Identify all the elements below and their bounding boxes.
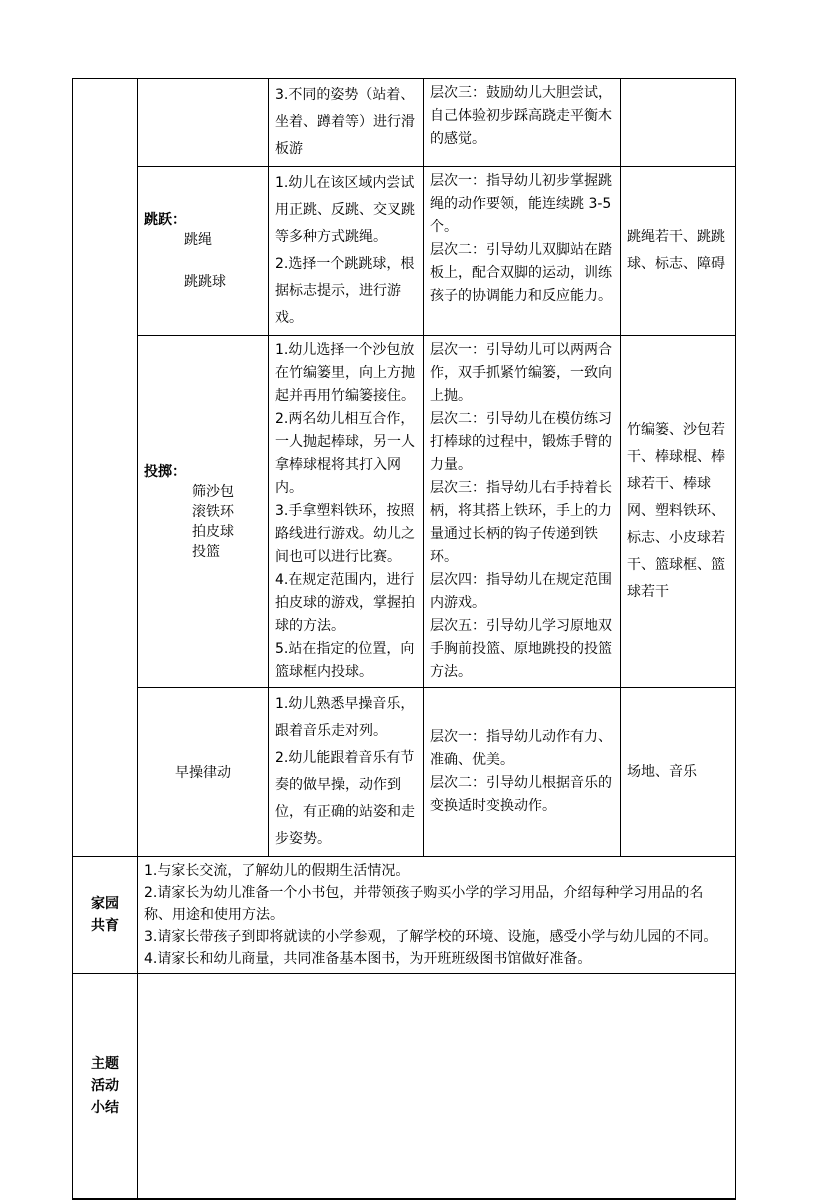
cell-slide-levels: 层次三：鼓励幼儿大胆尝试，自己体验初步踩高跷走平衡木的感觉。 — [424, 79, 621, 167]
jump-levels-text: 层次一：指导幼儿初步掌握跳绳的动作要领，能连续跳 3-5 个。 层次二：引导幼儿… — [430, 170, 614, 308]
cell-home-school-content: 1.与家长交流，了解幼儿的假期生活情况。 2.请家长为幼儿准备一个小书包，并带领… — [138, 857, 736, 974]
cell-summary-content-empty — [138, 974, 736, 1199]
cell-slide-materials-empty — [621, 79, 736, 167]
cell-jump-levels: 层次一：指导幼儿初步掌握跳绳的动作要领，能连续跳 3-5 个。 层次二：引导幼儿… — [424, 167, 621, 336]
cell-throw-description: 1.幼儿选择一个沙包放在竹编篓里，向上方抛起并再用竹编篓接住。 2.两名幼儿相互… — [269, 336, 424, 688]
cell-summary-label: 主题 活动 小结 — [73, 974, 138, 1199]
cell-throw-category: 投掷： 筛沙包 滚铁环 拍皮球 投篮 — [138, 336, 269, 688]
jump-item-ball: 跳跳球 — [184, 272, 262, 292]
slide-description-text: 3.不同的姿势（站着、坐着、蹲着等）进行滑板游 — [275, 82, 417, 163]
cell-throw-materials: 竹编篓、沙包若干、棒球棍、棒球若干、棒球网、塑料铁环、标志、小皮球若干、篮球框、… — [621, 336, 736, 688]
cell-slide-activity-empty — [138, 79, 269, 167]
cell-morning-exercise-description: 1.幼儿熟悉早操音乐，跟着音乐走对列。 2.幼儿能跟着音乐有节奏的做早操，动作到… — [269, 688, 424, 857]
jump-materials-text: 跳绳若干、跳跳球、标志、障碍 — [627, 224, 729, 278]
cell-jump-materials: 跳绳若干、跳跳球、标志、障碍 — [621, 167, 736, 336]
morning-exercise-description-text: 1.幼儿熟悉早操音乐，跟着音乐走对列。 2.幼儿能跟着音乐有节奏的做早操，动作到… — [275, 691, 417, 853]
throw-description-text: 1.幼儿选择一个沙包放在竹编篓里，向上方抛起并再用竹编篓接住。 2.两名幼儿相互… — [275, 339, 417, 684]
slide-levels-text: 层次三：鼓励幼儿大胆尝试，自己体验初步踩高跷走平衡木的感觉。 — [430, 82, 614, 151]
cell-morning-exercise-levels: 层次一：指导幼儿动作有力、准确、优美。 层次二：引导幼儿根据音乐的变换适时变换动… — [424, 688, 621, 857]
table-row-morning-exercise: 早操律动 1.幼儿熟悉早操音乐，跟着音乐走对列。 2.幼儿能跟着音乐有节奏的做早… — [73, 688, 736, 857]
table-row-throw: 投掷： 筛沙包 滚铁环 拍皮球 投篮 1.幼儿选择一个沙包放在竹编篓里，向上方抛… — [73, 336, 736, 688]
morning-exercise-levels-text: 层次一：指导幼儿动作有力、准确、优美。 层次二：引导幼儿根据音乐的变换适时变换动… — [430, 726, 614, 818]
table-row-slide: 3.不同的姿势（站着、坐着、蹲着等）进行滑板游 层次三：鼓励幼儿大胆尝试，自己体… — [73, 79, 736, 167]
cell-throw-levels: 层次一：引导幼儿可以两两合作，双手抓紧竹编篓，一致向上抛。 层次二：引导幼儿在模… — [424, 336, 621, 688]
summary-label: 主题 活动 小结 — [79, 1053, 131, 1119]
cell-slide-description: 3.不同的姿势（站着、坐着、蹲着等）进行滑板游 — [269, 79, 424, 167]
cell-morning-exercise-materials: 场地、音乐 — [621, 688, 736, 857]
table-row-summary: 主题 活动 小结 — [73, 974, 736, 1199]
cell-home-school-label: 家园 共育 — [73, 857, 138, 974]
throw-category-label: 投掷： — [144, 462, 262, 482]
cell-jump-description: 1.幼儿在该区域内尝试用正跳、反跳、交叉跳等多种方式跳绳。 2.选择一个跳跳球，… — [269, 167, 424, 336]
jump-item-rope: 跳绳 — [184, 230, 262, 250]
activity-plan-table: 3.不同的姿势（站着、坐着、蹲着等）进行滑板游 层次三：鼓励幼儿大胆尝试，自己体… — [72, 78, 736, 1200]
morning-exercise-label: 早操律动 — [144, 762, 262, 782]
home-school-label: 家园 共育 — [79, 893, 131, 937]
cell-morning-exercise-category: 早操律动 — [138, 688, 269, 857]
morning-exercise-materials-text: 场地、音乐 — [627, 759, 729, 786]
home-school-content-text: 1.与家长交流，了解幼儿的假期生活情况。 2.请家长为幼儿准备一个小书包，并带领… — [144, 860, 729, 970]
throw-materials-text: 竹编篓、沙包若干、棒球棍、棒球若干、棒球网、塑料铁环、标志、小皮球若干、篮球框、… — [627, 417, 729, 606]
table-row-jump: 跳跃： 跳绳 跳跳球 1.幼儿在该区域内尝试用正跳、反跳、交叉跳等多种方式跳绳。… — [73, 167, 736, 336]
cell-jump-category: 跳跃： 跳绳 跳跳球 — [138, 167, 269, 336]
jump-description-text: 1.幼儿在该区域内尝试用正跳、反跳、交叉跳等多种方式跳绳。 2.选择一个跳跳球，… — [275, 170, 417, 332]
throw-levels-text: 层次一：引导幼儿可以两两合作，双手抓紧竹编篓，一致向上抛。 层次二：引导幼儿在模… — [430, 339, 614, 684]
jump-category-label: 跳跃： — [144, 210, 262, 230]
left-category-empty-cell — [73, 79, 138, 857]
table-row-home-school: 家园 共育 1.与家长交流，了解幼儿的假期生活情况。 2.请家长为幼儿准备一个小… — [73, 857, 736, 974]
throw-items-list: 筛沙包 滚铁环 拍皮球 投篮 — [192, 482, 262, 562]
